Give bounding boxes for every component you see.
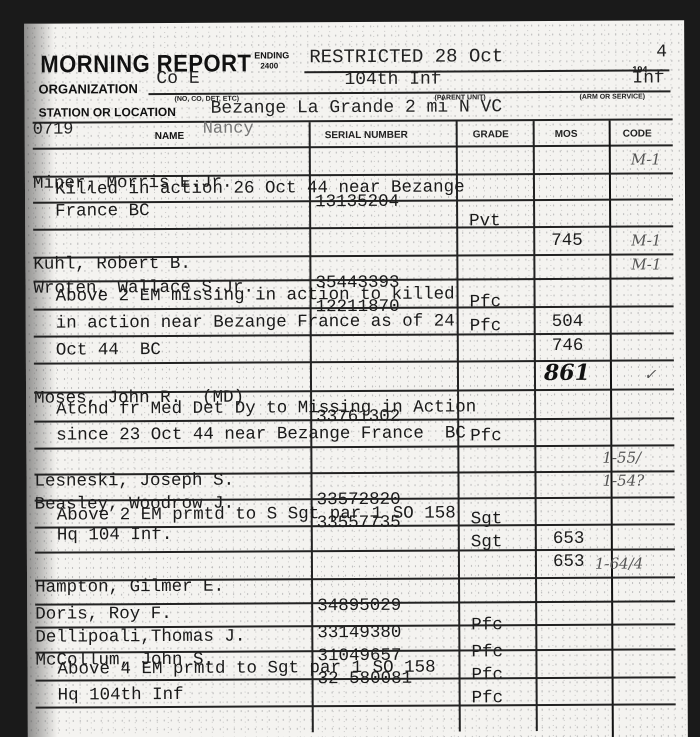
arm-service-value: Inf xyxy=(632,68,665,88)
entry-remark: Killed in action 26 Oct 44 near Bezange xyxy=(55,177,465,199)
ending-sub-label: 2400 xyxy=(260,61,278,70)
morning-report-document: MORNING REPORT ENDING 2400 RESTRICTED 28… xyxy=(24,20,688,737)
ending-value: RESTRICTED 28 Oct xyxy=(309,45,503,68)
form-title: MORNING REPORT xyxy=(40,49,251,79)
organization-label: ORGANIZATION xyxy=(38,81,137,97)
entry-remark: Above 4 EM prmtd to Sgt par 1 SO 158 xyxy=(57,658,435,680)
mos-column-header: MOS xyxy=(555,129,578,140)
entry-remark: Above 2 EM prmtd to S Sgt par 1 SO 158 xyxy=(57,503,456,525)
entry-remark: Atchd fr Med Det Dy to Missing in Action xyxy=(56,397,476,419)
time-value: 0719 xyxy=(33,120,74,139)
entry-remark: Hq 104th Inf xyxy=(58,685,184,706)
station-label: STATION OR LOCATION xyxy=(39,105,176,120)
organization-value: Co E xyxy=(156,69,199,89)
column-divider-grade-mos xyxy=(533,121,538,731)
entry-remark: Hq 104 Inf. xyxy=(57,525,173,546)
entry-remark: France BC xyxy=(55,201,150,221)
serial-column-header: SERIAL NUMBER xyxy=(325,130,408,141)
entry-remark: since 23 Oct 44 near Bezange France BC xyxy=(56,423,466,445)
entry-remark: in action near Bezange France as of 24 xyxy=(56,311,455,333)
year-suffix: 4 xyxy=(656,42,667,62)
arm-service-hint: (ARM OR SERVICE) xyxy=(579,93,645,100)
station-value: Bezange La Grande 2 mi N VC xyxy=(211,97,503,119)
parent-unit-value: 104th Inf xyxy=(344,70,441,91)
rule-line xyxy=(33,225,673,230)
header-bottom-line xyxy=(33,144,673,149)
entry-remark: Oct 44 BC xyxy=(56,340,161,361)
ending-label: ENDING xyxy=(254,50,289,60)
name-overwrite: Nancy xyxy=(203,120,254,139)
name-column-header: NAME xyxy=(155,131,185,142)
entry-remark: Above 2 EM missing in action to killed xyxy=(55,284,454,306)
column-divider-mos-code xyxy=(609,121,614,737)
grade-column-header: GRADE xyxy=(473,129,509,140)
code-column-header: CODE xyxy=(623,128,652,139)
